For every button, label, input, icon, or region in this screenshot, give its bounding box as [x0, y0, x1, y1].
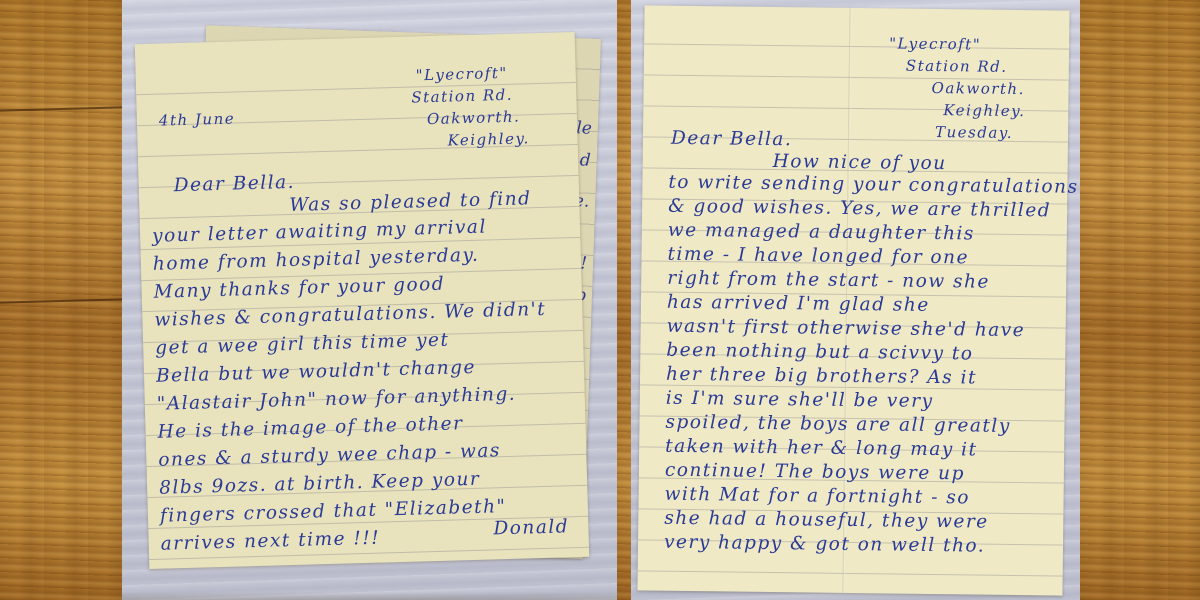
letter-line: arrives next time !!!	[160, 528, 380, 555]
salutation: Dear Bella.	[173, 172, 295, 196]
letter-line: & good wishes. Yes, we are thrilled	[668, 196, 1051, 222]
salutation: Dear Bella.	[671, 128, 793, 150]
letter-date: 4th June	[159, 107, 236, 131]
letter-line: your letter awaiting my arrival	[152, 216, 487, 246]
letter-page-right: "Lyecroft" Station Rd. Oakworth. Keighle…	[637, 5, 1069, 595]
letter-line: Many thanks for your good	[153, 274, 445, 303]
letter-page-left: 4th June "Lyecroft" Station Rd. Oakworth…	[135, 32, 589, 569]
letter-line: spoiled, the boys are all greatly	[665, 412, 1010, 437]
letter-line: home from hospital yesterday.	[153, 245, 480, 275]
address-line: Oakworth.	[931, 77, 1025, 100]
address-line: Oakworth.	[427, 106, 521, 131]
shadow	[122, 592, 617, 600]
letter-line: 8lbs 9ozs. at birth. Keep your	[159, 469, 481, 499]
letter-line: Bella but we wouldn't change	[156, 357, 476, 387]
wood-crack	[0, 106, 122, 111]
letter-line: with Mat for a fortnight - so	[664, 484, 970, 509]
letter-line: "Alastair John" now for anything.	[157, 384, 517, 415]
address-line: Keighley.	[447, 127, 530, 151]
address-line: Station Rd.	[411, 84, 513, 109]
address-line: "Lyecroft"	[415, 62, 508, 87]
photo-left-letter: ile d e. ! ip 4th June "Lyecroft" Statio…	[122, 0, 617, 600]
letter-line: fingers crossed that "Elizabeth"	[160, 496, 507, 527]
wood-panel-right	[1080, 0, 1200, 600]
letter-line: How nice of you	[773, 151, 947, 174]
back-page-text: d	[579, 150, 591, 170]
wood-panel-left	[0, 0, 122, 600]
letter-line: we managed a daughter this	[668, 220, 975, 245]
letter-line: continue! The boys were up	[665, 460, 965, 485]
address-line: Keighley.	[943, 99, 1025, 122]
photo-right-letter: "Lyecroft" Station Rd. Oakworth. Keighle…	[631, 0, 1080, 600]
wood-panel-divider	[617, 0, 631, 600]
letter-line: time - I have longed for one	[667, 244, 969, 269]
letter-line: been nothing but a scivvy to	[666, 340, 973, 365]
letter-line: wishes & congratulations. We didn't	[154, 299, 546, 331]
letter-line: wasn't first otherwise she'd have	[667, 316, 1026, 341]
address-line: "Lyecroft"	[889, 32, 981, 55]
signature: Donald	[493, 516, 569, 539]
address-line: Station Rd.	[906, 55, 1008, 78]
letter-line: she had a houseful, they were	[664, 508, 989, 533]
letter-line: has arrived I'm glad she	[667, 292, 930, 316]
address-line: Tuesday.	[935, 121, 1013, 144]
letter-line: very happy & got on well tho.	[664, 532, 985, 557]
letter-line: ones & a sturdy wee chap - was	[158, 440, 501, 471]
letter-line: get a wee girl this time yet	[155, 330, 450, 359]
letter-line: right from the start - now she	[667, 268, 990, 293]
wood-crack	[0, 298, 122, 303]
letter-line: taken with her & long may it	[665, 436, 978, 461]
letter-line: her three big brothers? As it	[666, 364, 977, 389]
photo-canvas: ile d e. ! ip 4th June "Lyecroft" Statio…	[0, 0, 1200, 600]
letter-line: Was so pleased to find	[289, 188, 532, 216]
letter-line: is I'm sure she'll be very	[666, 388, 934, 412]
letter-line: He is the image of the other	[157, 413, 463, 443]
letter-line: to write sending your congratulations	[668, 172, 1078, 198]
